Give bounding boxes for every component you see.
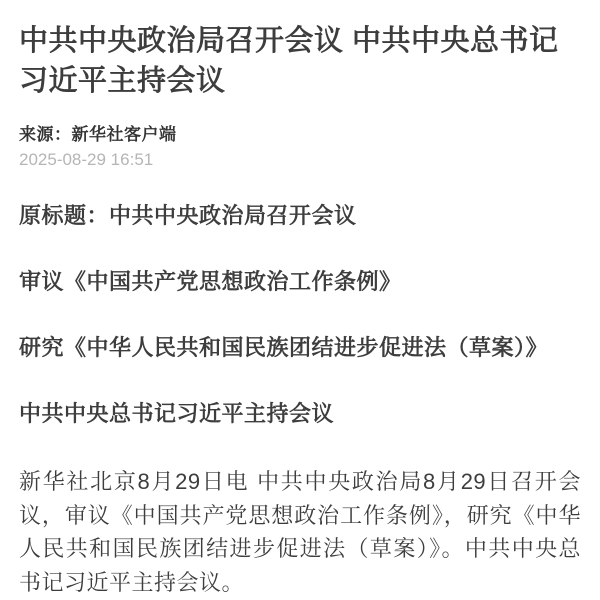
publish-datetime: 2025-08-29 16:51 — [19, 150, 581, 170]
article-meta: 来源：新华社客户端 2025-08-29 16:51 — [19, 125, 581, 170]
original-title-line: 原标题：中共中央政治局召开会议 — [19, 203, 581, 228]
subtitle-chair-line: 中共中央总书记习近平主持会议 — [19, 401, 581, 426]
subtitle-study-line: 研究《中华人民共和国民族团结进步促进法（草案）》 — [19, 335, 581, 360]
article-page: 中共中央政治局召开会议 中共中央总书记习近平主持会议 来源：新华社客户端 202… — [0, 0, 600, 600]
subtitle-review-line: 审议《中国共产党思想政治工作条例》 — [19, 269, 581, 294]
page-title: 中共中央政治局召开会议 中共中央总书记习近平主持会议 — [19, 0, 581, 101]
article-body: 新华社北京8月29日电 中共中央政治局8月29日召开会议，审议《中国共产党思想政… — [19, 465, 581, 599]
article-source: 来源：新华社客户端 — [19, 125, 581, 145]
